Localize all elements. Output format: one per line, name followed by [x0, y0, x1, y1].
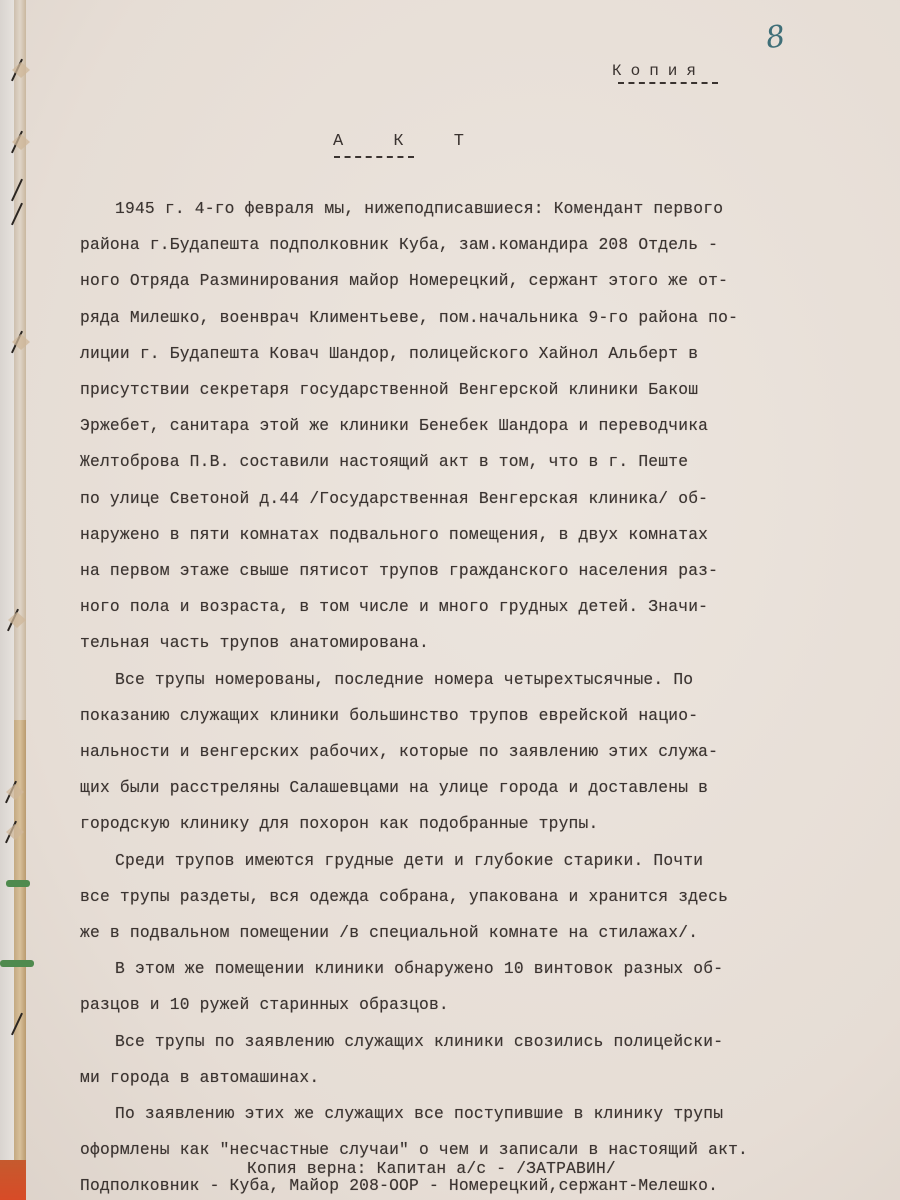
stitch-icon: [10, 130, 26, 154]
text-line: показанию служащих клиники большинство т…: [80, 706, 698, 725]
document-page: 8 Копия А К Т 1945 г. 4-го февраля мы, н…: [0, 0, 900, 1200]
text-line: Подполковник - Куба, Майор 208-ООР - Ном…: [80, 1176, 718, 1195]
text-line: ного Отряда Разминирования майор Номерец…: [80, 271, 728, 290]
text-line: района г.Будапешта подполковник Куба, за…: [80, 235, 718, 254]
stitch-icon: [4, 780, 20, 804]
stitch-icon: [10, 178, 26, 202]
certification-line: Копия верна: Капитан а/с - /ЗАТРАВИН/: [247, 1159, 616, 1178]
text-line: По заявлению этих же служащих все поступ…: [115, 1104, 723, 1123]
stitch-icon: [4, 820, 20, 844]
title-underline: [334, 156, 414, 158]
text-line: городскую клинику для похорон как подобр…: [80, 814, 598, 833]
text-line: же в подвальном помещении /в специальной…: [80, 923, 698, 942]
text-line: тельная часть трупов анатомирована.: [80, 633, 429, 652]
text-line: Желтоброва П.В. составили настоящий акт …: [80, 452, 688, 471]
copy-underline: [618, 82, 718, 84]
text-line: оформлены как "несчастные случаи" о чем …: [80, 1140, 748, 1159]
text-line: Все трупы номерованы, последние номера ч…: [115, 670, 693, 689]
text-line: лиции г. Будапешта Ковач Шандор, полицей…: [80, 344, 698, 363]
text-line: по улице Светоной д.44 /Государственная …: [80, 489, 708, 508]
text-line: Все трупы по заявлению служащих клиники …: [115, 1032, 723, 1051]
text-line: ряда Милешко, военврач Климентьеве, пом.…: [80, 308, 738, 327]
folio-number: 8: [764, 19, 788, 56]
green-thread-icon: [0, 960, 34, 967]
text-line: разцов и 10 ружей старинных образцов.: [80, 995, 449, 1014]
text-line: Эржебет, санитара этой же клиники Бенебе…: [80, 416, 708, 435]
text-line: на первом этаже свыше пятисот трупов гра…: [80, 561, 718, 580]
red-seal-tape: [0, 1160, 26, 1200]
text-line: наружено в пяти комнатах подвального пом…: [80, 525, 708, 544]
text-line: ного пола и возраста, в том числе и мног…: [80, 597, 708, 616]
text-line: щих были расстреляны Салашевцами на улиц…: [80, 778, 708, 797]
text-line: 1945 г. 4-го февраля мы, нижеподписавшие…: [115, 199, 723, 218]
document-title: А К Т: [333, 132, 484, 151]
text-line: присутствии секретаря государственной Ве…: [80, 380, 698, 399]
text-line: В этом же помещении клиники обнаружено 1…: [115, 959, 723, 978]
stitch-icon: [10, 202, 26, 226]
stitch-icon: [10, 58, 26, 82]
text-line: Среди трупов имеются грудные дети и глуб…: [115, 851, 703, 870]
copy-label: Копия: [612, 62, 705, 80]
text-line: нальности и венгерских рабочих, которые …: [80, 742, 718, 761]
stitch-icon: [10, 330, 26, 354]
stitch-icon: [10, 1012, 26, 1036]
green-thread-icon: [6, 880, 30, 887]
stitch-icon: [6, 608, 22, 632]
text-line: все трупы раздеты, вся одежда собрана, у…: [80, 887, 728, 906]
text-line: ми города в автомашинах.: [80, 1068, 319, 1087]
